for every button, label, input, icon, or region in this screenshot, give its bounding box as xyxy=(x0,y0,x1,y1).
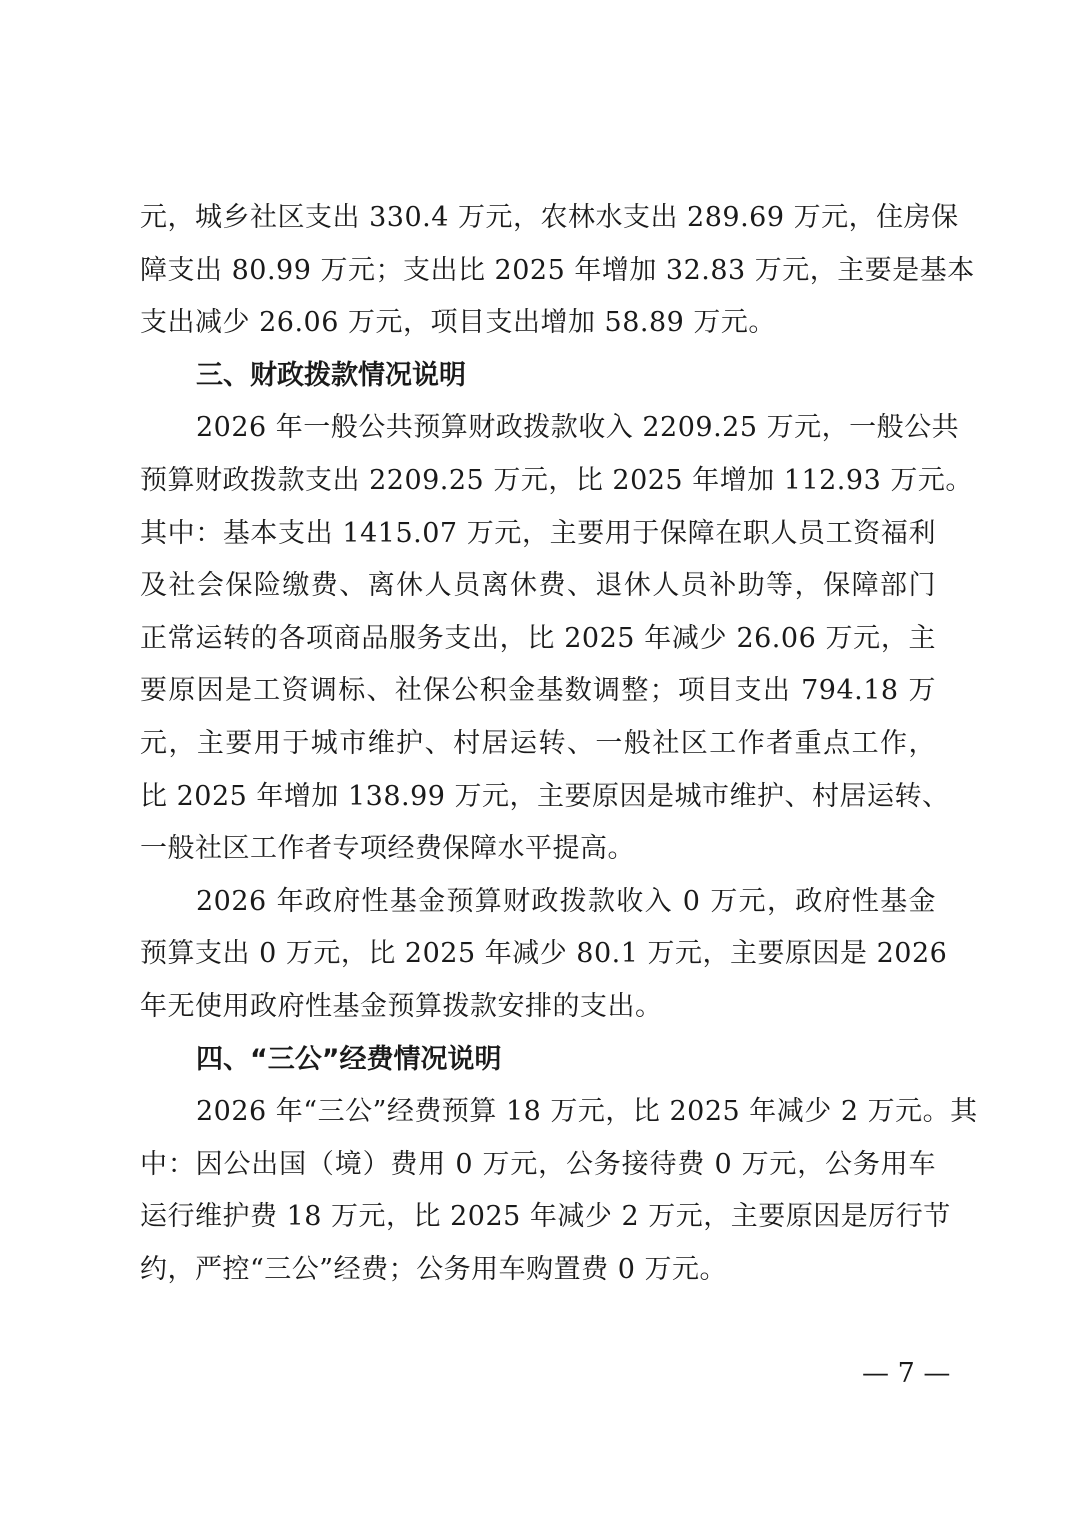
paragraph-line: 约，严控“三公”经费；公务用车购置费 0 万元。 xyxy=(140,1244,936,1297)
paragraph-line: 元，主要用于城市维护、村居运转、一般社区工作者重点工作， xyxy=(140,718,936,771)
paragraph-line: 及社会保险缴费、离休人员离休费、退休人员补助等，保障部门 xyxy=(140,560,936,613)
paragraph-line: 障支出 80.99 万元；支出比 2025 年增加 32.83 万元，主要是基本 xyxy=(140,245,936,298)
paragraph-line: 2026 年“三公”经费预算 18 万元，比 2025 年减少 2 万元。其 xyxy=(140,1086,936,1139)
paragraph-line: 要原因是工资调标、社保公积金基数调整；项目支出 794.18 万 xyxy=(140,665,936,718)
document-page: 元，城乡社区支出 330.4 万元，农林水支出 289.69 万元，住房保 障支… xyxy=(140,192,936,1296)
section-heading-fiscal-appropriation: 三、财政拨款情况说明 xyxy=(140,350,936,403)
paragraph-line: 年无使用政府性基金预算拨款安排的支出。 xyxy=(140,981,936,1034)
paragraph-line: 中：因公出国（境）费用 0 万元，公务接待费 0 万元，公务用车 xyxy=(140,1139,936,1192)
paragraph-line: 比 2025 年增加 138.99 万元，主要原因是城市维护、村居运转、 xyxy=(140,771,936,824)
paragraph-line: 元，城乡社区支出 330.4 万元，农林水支出 289.69 万元，住房保 xyxy=(140,192,936,245)
paragraph-line: 其中：基本支出 1415.07 万元，主要用于保障在职人员工资福利 xyxy=(140,508,936,561)
page-number: — 7 — xyxy=(862,1356,938,1392)
paragraph-line: 正常运转的各项商品服务支出，比 2025 年减少 26.06 万元，主 xyxy=(140,613,936,666)
paragraph-line: 预算支出 0 万元，比 2025 年减少 80.1 万元，主要原因是 2026 xyxy=(140,928,936,981)
section-heading-three-public-expenses: 四、“三公”经费情况说明 xyxy=(140,1034,936,1087)
paragraph-line: 运行维护费 18 万元，比 2025 年减少 2 万元，主要原因是厉行节 xyxy=(140,1191,936,1244)
paragraph-line: 2026 年一般公共预算财政拨款收入 2209.25 万元，一般公共 xyxy=(140,402,936,455)
paragraph-line: 一般社区工作者专项经费保障水平提高。 xyxy=(140,823,936,876)
paragraph-line: 2026 年政府性基金预算财政拨款收入 0 万元，政府性基金 xyxy=(140,876,936,929)
paragraph-line: 支出减少 26.06 万元，项目支出增加 58.89 万元。 xyxy=(140,297,936,350)
paragraph-line: 预算财政拨款支出 2209.25 万元，比 2025 年增加 112.93 万元… xyxy=(140,455,936,508)
